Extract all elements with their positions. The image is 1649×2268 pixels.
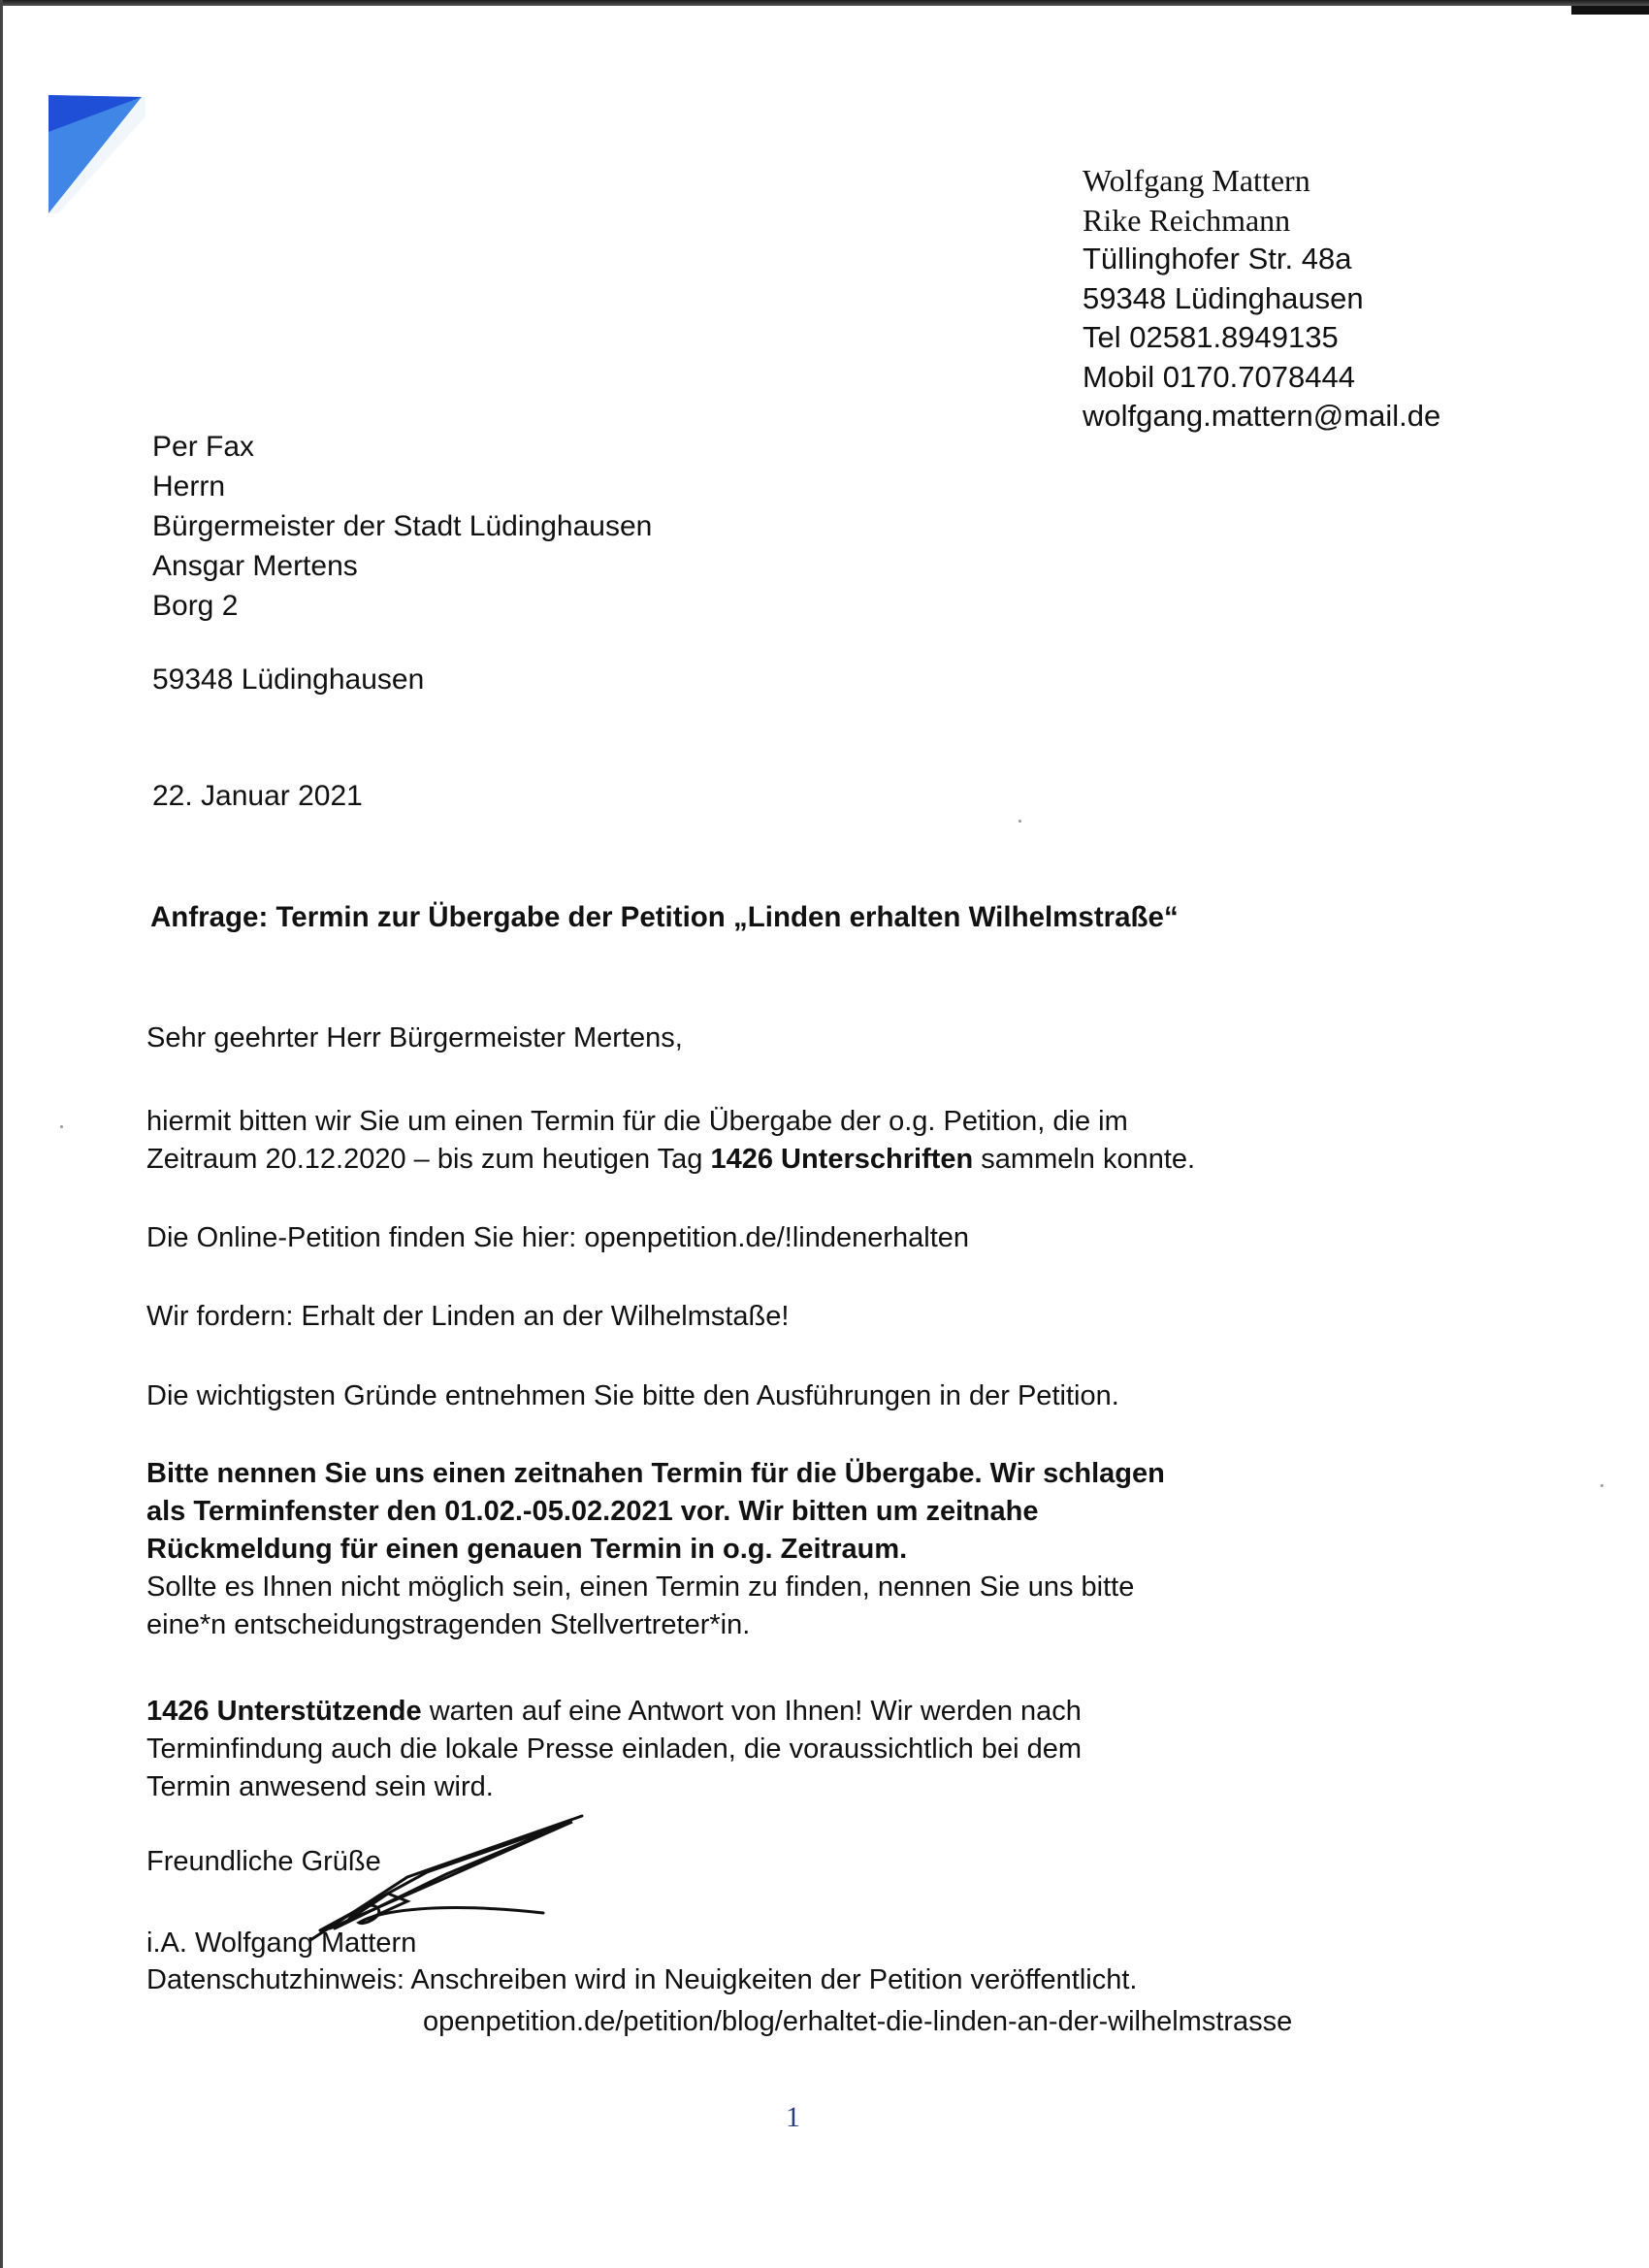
recipient-line: Per Fax (152, 427, 652, 467)
scan-top-edge-corner (1571, 6, 1649, 15)
privacy-blog-link: openpetition.de/petition/blog/erhaltet-d… (423, 2006, 1292, 2038)
scan-speck (1018, 820, 1021, 823)
recipient-line: Bürgermeister der Stadt Lüdinghausen (152, 506, 652, 546)
salutation: Sehr geehrter Herr Bürgermeister Mertens… (146, 1020, 683, 1057)
text-span: Die Online-Petition finden Sie hier: (146, 1222, 584, 1253)
sender-email: wolfgang.mattern@mail.de (1083, 397, 1440, 437)
bold-text: Rückmeldung für einen genauen Termin in … (146, 1534, 907, 1565)
page-number: 1 (786, 2101, 800, 2134)
bold-text: als Terminfenster den 01.02.-05.02.2021 … (146, 1496, 1039, 1527)
text-span: sammeln konnte. (973, 1144, 1195, 1175)
petition-link: openpetition.de/!lindenerhalten (584, 1222, 969, 1253)
recipient-line: Borg 2 (152, 586, 652, 626)
supporters-count-bold: 1426 Unterstützende (146, 1696, 422, 1727)
paragraph-reasons: Die wichtigsten Gründe entnehmen Sie bit… (146, 1377, 1119, 1415)
sender-address-block: Wolfgang Mattern Rike Reichmann Tüllingh… (1083, 161, 1440, 437)
sender-street: Tüllinghofer Str. 48a (1083, 240, 1440, 279)
sender-mobile: Mobil 0170.7078444 (1083, 358, 1440, 398)
signature-count-bold: 1426 Unterschriften (710, 1144, 973, 1175)
scan-speck (1600, 1484, 1603, 1487)
sender-name-2: Rike Reichmann (1083, 201, 1440, 241)
logo-triangle-icon (48, 95, 145, 213)
paragraph-demand: Wir fordern: Erhalt der Linden an der Wi… (146, 1298, 789, 1336)
paragraph-supporters: 1426 Unterstützende warten auf eine Antw… (146, 1693, 1082, 1806)
bold-text: Bitte nennen Sie uns einen zeitnahen Ter… (146, 1458, 1165, 1489)
recipient-address-block: Per Fax Herrn Bürgermeister der Stadt Lü… (152, 427, 652, 626)
paragraph-online-petition: Die Online-Petition finden Sie hier: ope… (146, 1219, 969, 1257)
paragraph-line-bold: Bitte nennen Sie uns einen zeitnahen Ter… (146, 1455, 1165, 1493)
recipient-line: Herrn (152, 467, 652, 506)
sender-name-1: Wolfgang Mattern (1083, 161, 1440, 201)
sender-city: 59348 Lüdinghausen (1083, 279, 1440, 319)
letter-subject: Anfrage: Termin zur Übergabe der Petitio… (150, 901, 1179, 934)
paragraph-line: hiermit bitten wir Sie um einen Termin f… (146, 1103, 1195, 1141)
paragraph-line: 1426 Unterstützende warten auf eine Antw… (146, 1693, 1082, 1731)
paragraph-line-bold: Rückmeldung für einen genauen Termin in … (146, 1531, 1165, 1569)
paragraph-line: Terminfindung auch die lokale Presse ein… (146, 1731, 1082, 1768)
paragraph-appointment: Bitte nennen Sie uns einen zeitnahen Ter… (146, 1455, 1165, 1644)
sender-phone: Tel 02581.8949135 (1083, 318, 1440, 358)
letter-date: 22. Januar 2021 (152, 780, 363, 813)
scan-top-edge (0, 0, 1649, 6)
paragraph-line-bold: als Terminfenster den 01.02.-05.02.2021 … (146, 1493, 1165, 1531)
recipient-line: Ansgar Mertens (152, 546, 652, 586)
paragraph-line: Sollte es Ihnen nicht möglich sein, eine… (146, 1569, 1165, 1606)
scan-left-edge (0, 0, 3, 2268)
scan-speck (60, 1125, 63, 1128)
privacy-note: Datenschutzhinweis: Anschreiben wird in … (146, 1961, 1137, 1999)
paragraph-line: eine*n entscheidungstragenden Stellvertr… (146, 1606, 1165, 1644)
paragraph-request: hiermit bitten wir Sie um einen Termin f… (146, 1103, 1195, 1179)
recipient-city: 59348 Lüdinghausen (152, 664, 424, 697)
signer-name: i.A. Wolfgang Mattern (146, 1925, 416, 1962)
text-span: Zeitraum 20.12.2020 – bis zum heutigen T… (146, 1144, 710, 1175)
text-span: warten auf eine Antwort von Ihnen! Wir w… (422, 1696, 1082, 1727)
paragraph-line: Zeitraum 20.12.2020 – bis zum heutigen T… (146, 1141, 1195, 1179)
paragraph-line: Termin anwesend sein wird. (146, 1768, 1082, 1806)
